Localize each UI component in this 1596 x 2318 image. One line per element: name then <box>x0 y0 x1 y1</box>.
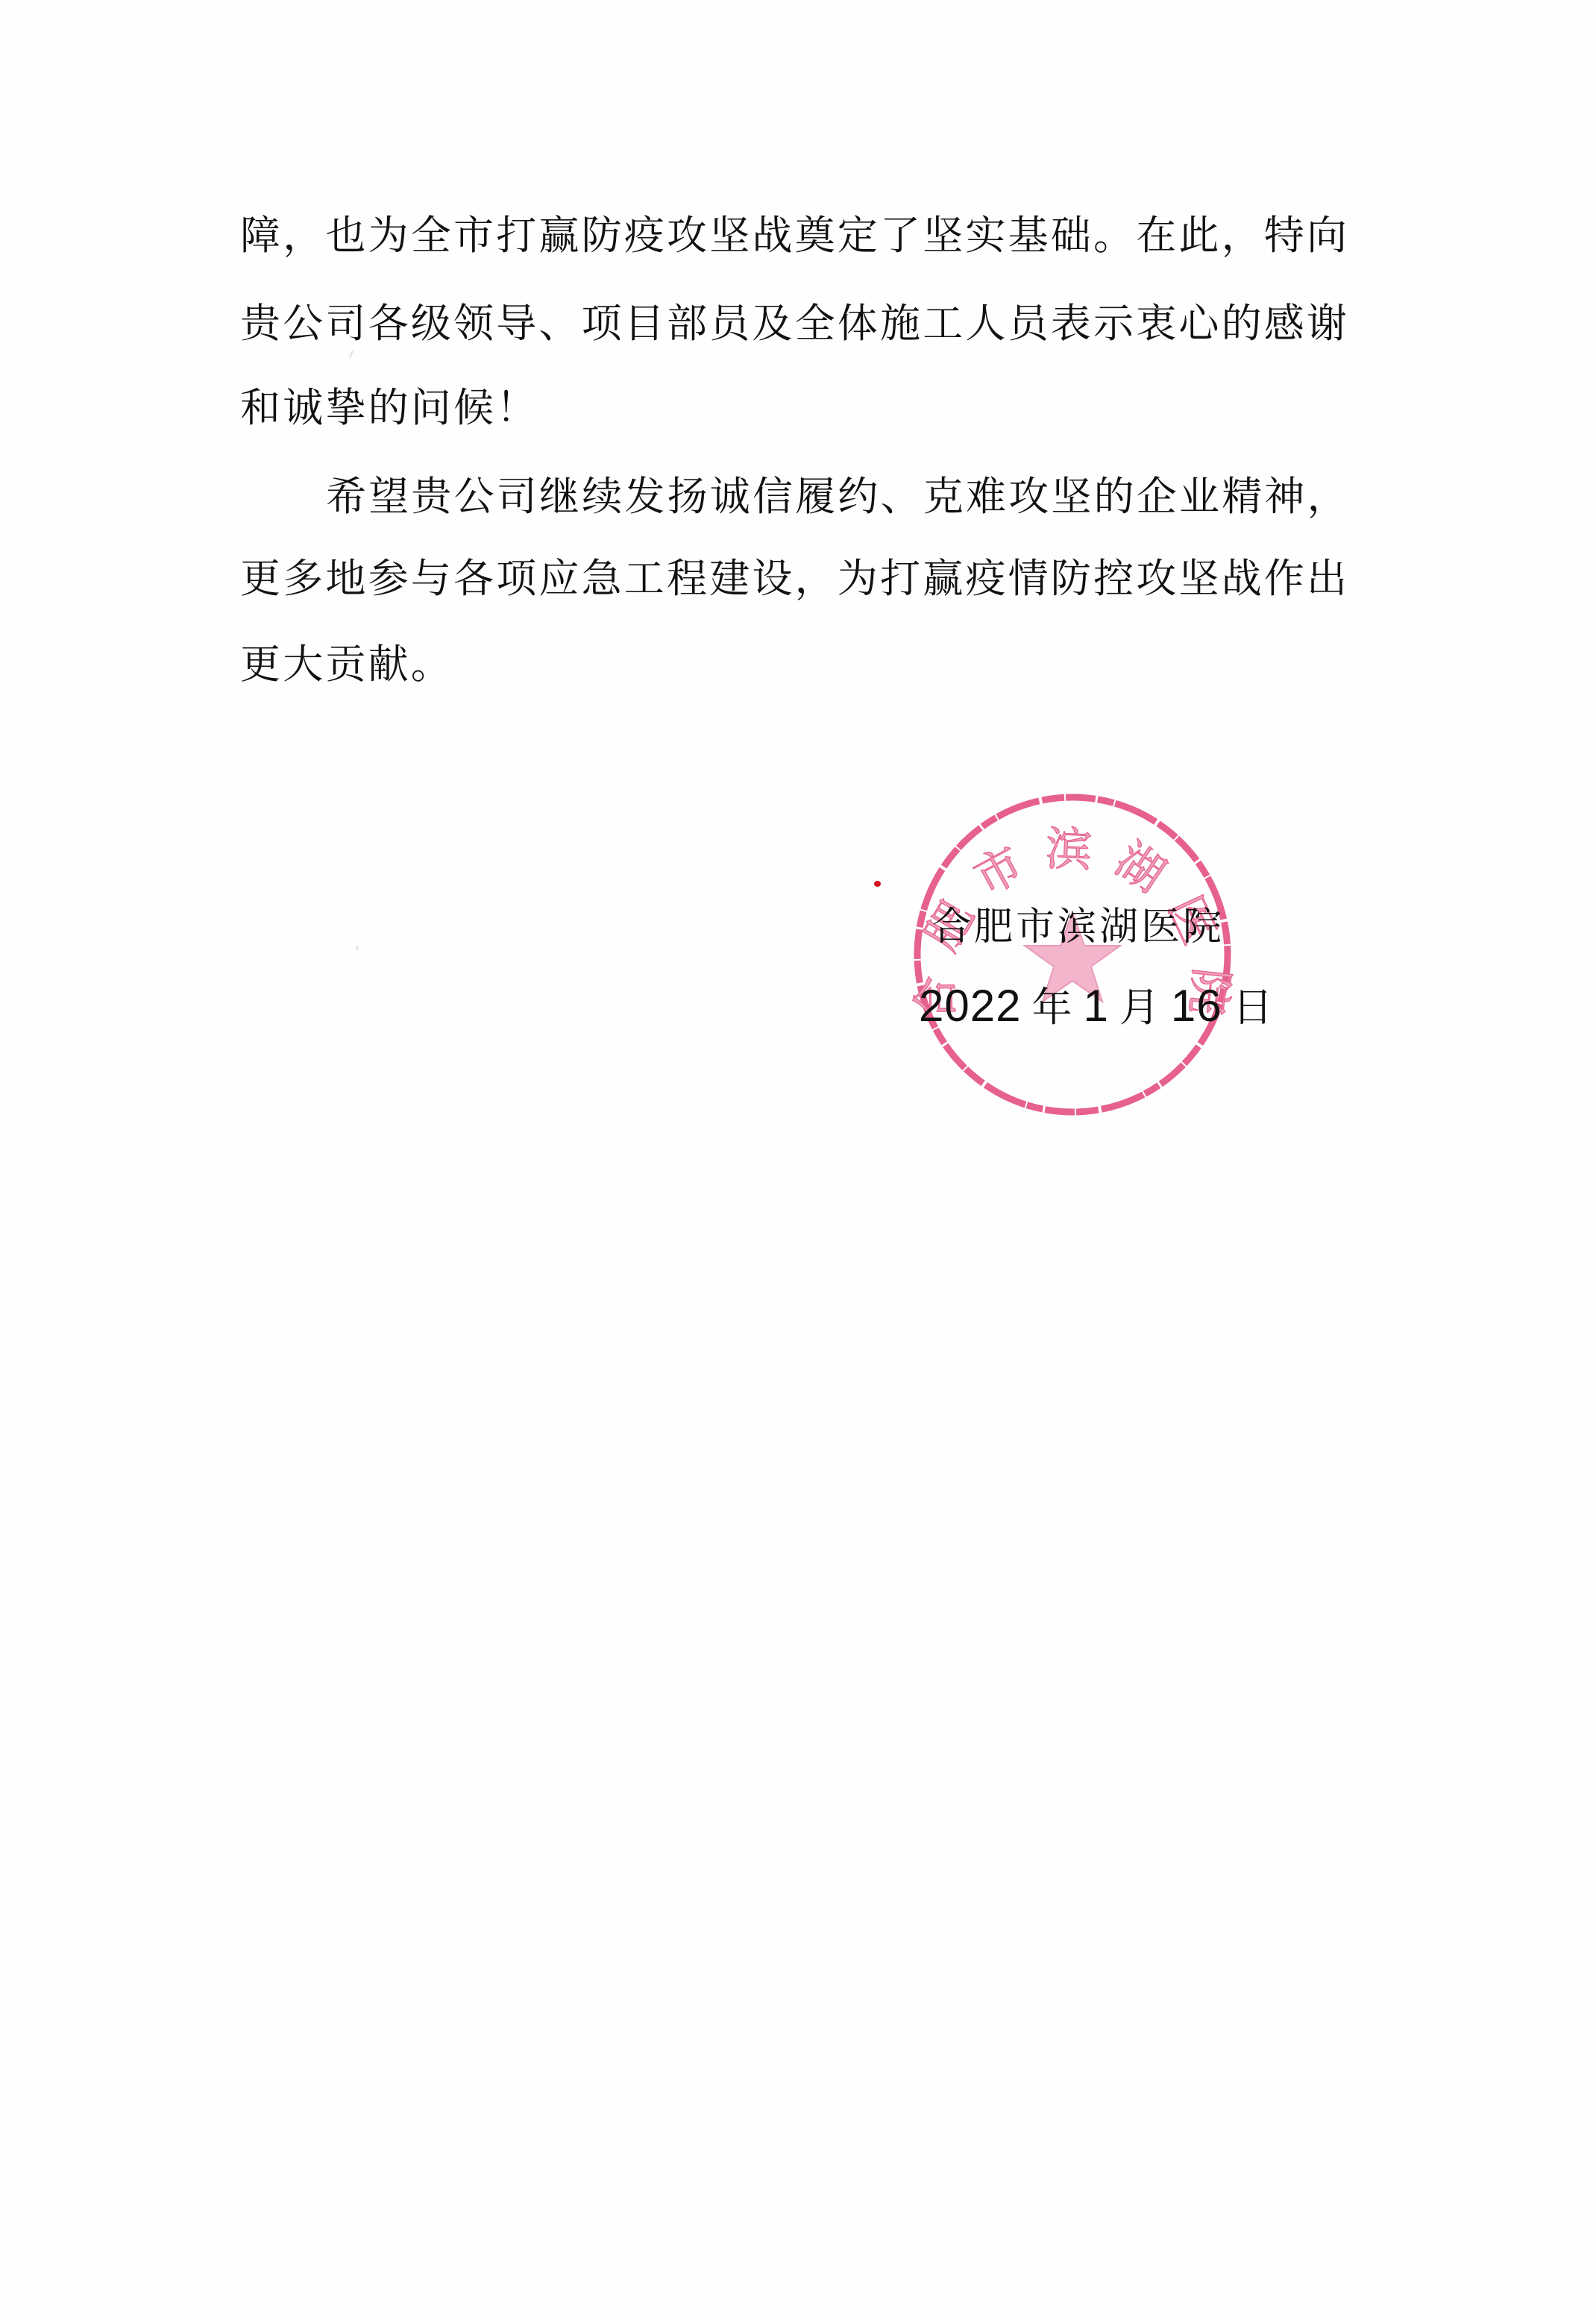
letter-page: 障，也为全市打赢防疫攻坚战奠定了坚实基础。在此，特向 贵公司各级领导、项目部员及… <box>0 0 1596 2318</box>
date-month: 1 <box>1083 981 1108 1031</box>
paragraph-1-line-2: 贵公司各级领导、项目部员及全体施工人员表示衷心的感谢 <box>240 301 1349 346</box>
paragraph-1-line-3: 和诚挚的问候！ <box>240 386 538 430</box>
signature-date: 2022年1月16日 <box>919 983 1274 1031</box>
date-day-unit: 日 <box>1233 984 1274 1031</box>
paragraph-2-line-3: 更大贡献。 <box>240 642 453 687</box>
signature-organization: 合肥市滨湖医院 <box>932 904 1225 950</box>
date-day: 16 <box>1171 981 1222 1031</box>
date-year: 2022 <box>919 981 1021 1031</box>
paragraph-2-line-1: 希望贵公司继续发扬诚信履约、克难攻坚的企业精神， <box>326 474 1350 519</box>
scan-speck <box>356 946 359 950</box>
date-month-unit: 月 <box>1119 984 1160 1031</box>
date-year-unit: 年 <box>1031 984 1072 1031</box>
paragraph-1-line-1: 障，也为全市打赢防疫攻坚战奠定了坚实基础。在此，特向 <box>240 213 1349 258</box>
seal-icon: 合肥市滨湖医院 <box>911 793 1234 1116</box>
scan-speck <box>349 351 354 358</box>
official-seal-stamp: 合肥市滨湖医院 <box>911 793 1234 1116</box>
ink-dot <box>874 881 881 887</box>
paragraph-2-line-2: 更多地参与各项应急工程建设，为打赢疫情防控攻坚战作出 <box>240 556 1349 601</box>
